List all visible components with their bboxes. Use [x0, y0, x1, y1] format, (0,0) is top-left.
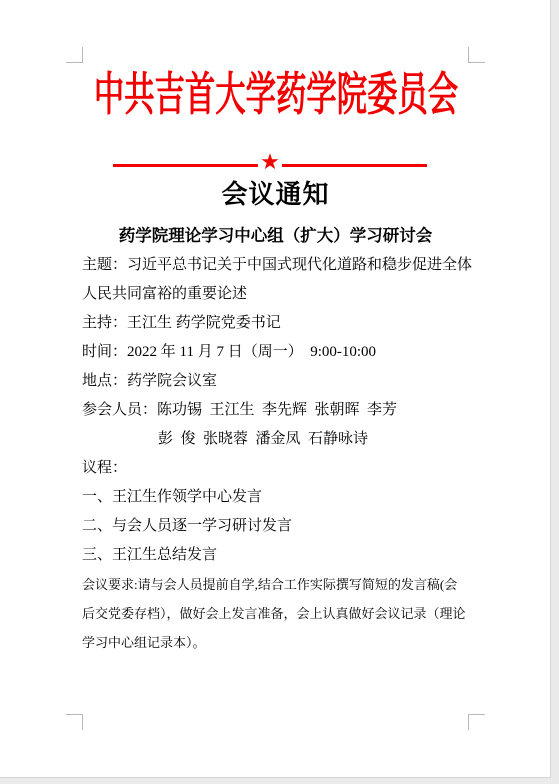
requirements-paragraph: 会议要求:请与会人员提前自学,结合工作实际撰写简短的发言稿(会 后交党委存档），…	[82, 570, 471, 657]
attendees-line-2: 彭 俊 张晓蓉 潘金凤 石静咏诗	[82, 425, 471, 454]
letterhead: 中共吉首大学药学院委员会	[0, 68, 551, 122]
star-divider: ★	[113, 152, 427, 178]
divider-line-left	[113, 164, 258, 167]
margin-crop-mark-top-left	[66, 47, 83, 63]
document-page: 中共吉首大学药学院委员会 ★ 会议通知 药学院理论学习中心组（扩大）学习研讨会 …	[0, 0, 551, 778]
agenda-item-1: 一、王江生作领学中心发言	[82, 483, 471, 512]
requirements-line-3: 学习中心组记录本）。	[82, 628, 471, 657]
topic-line-1: 主题：习近平总书记关于中国式现代化道路和稳步促进全体	[82, 251, 471, 280]
margin-crop-mark-top-right	[468, 47, 485, 63]
host-line: 主持：王江生 药学院党委书记	[82, 309, 471, 338]
margin-crop-mark-bottom-right	[468, 714, 485, 730]
letterhead-org-name: 中共吉首大学药学院委员会	[94, 68, 458, 122]
agenda-label: 议程：	[82, 454, 471, 483]
divider-line-right	[282, 164, 427, 167]
margin-crop-mark-bottom-left	[66, 714, 83, 730]
location-line: 地点：药学院会议室	[82, 367, 471, 396]
time-line: 时间：2022 年 11 月 7 日（周一） 9:00-10:00	[82, 338, 471, 367]
requirements-line-1: 会议要求:请与会人员提前自学,结合工作实际撰写简短的发言稿(会	[82, 570, 471, 599]
notice-body: 主题：习近平总书记关于中国式现代化道路和稳步促进全体 人民共同富裕的重要论述 主…	[82, 251, 471, 657]
star-icon: ★	[260, 152, 280, 174]
doc-type-title: 会议通知	[0, 180, 551, 208]
agenda-item-3: 三、王江生总结发言	[82, 541, 471, 570]
attendees-line-1: 参会人员：陈功锡 王江生 李先辉 张朝晖 李芳	[82, 396, 471, 425]
requirements-line-2: 后交党委存档），做好会上发言准备，会上认真做好会议记录（理论	[82, 599, 471, 628]
meeting-title: 药学院理论学习中心组（扩大）学习研讨会	[0, 226, 551, 246]
agenda-item-2: 二、与会人员逐一学习研讨发言	[82, 512, 471, 541]
topic-line-2: 人民共同富裕的重要论述	[82, 280, 471, 309]
